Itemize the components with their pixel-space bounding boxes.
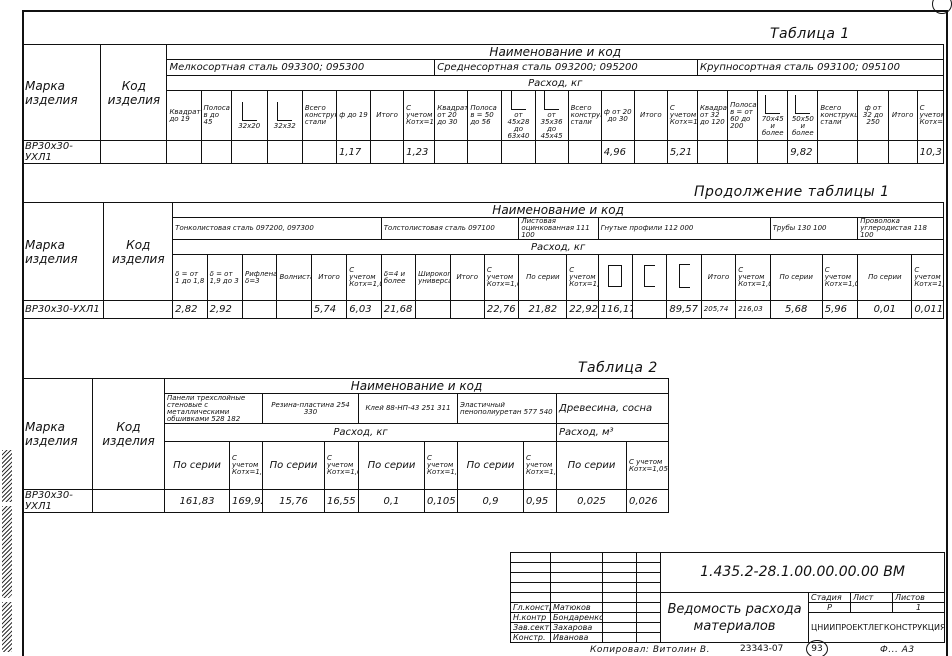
organization: ЦНИИПРОЕКТЛЕГКОНСТРУКЦИЯ — [809, 613, 945, 643]
column-header: С учетом Котх=1,05 — [325, 442, 359, 490]
cell — [231, 141, 267, 164]
table2-title: Таблица 2 — [578, 360, 658, 376]
cell: 89,57 — [667, 301, 701, 319]
consumption-header: Расход, кг — [167, 76, 944, 91]
cell — [243, 301, 277, 319]
cell: 0,025 — [557, 490, 627, 513]
stage-label: Стадия — [809, 593, 851, 603]
cell — [632, 301, 666, 319]
group-label: Тонколистовая сталь 097200, 097300 — [173, 218, 382, 240]
cell: 0,1 — [359, 490, 425, 513]
angle-profile-icon — [242, 102, 257, 121]
cell: 0,026 — [627, 490, 669, 513]
row-mark: ВР30х30-УХЛ1 — [23, 301, 104, 319]
document-title: Ведомость расходаматериалов — [661, 593, 809, 643]
footer-number: 23343-07 — [740, 644, 783, 654]
row-code — [101, 141, 167, 164]
cell — [302, 141, 336, 164]
cell — [728, 141, 758, 164]
cell — [697, 141, 727, 164]
cell: 2,92 — [207, 301, 242, 319]
stage-value: Р — [809, 603, 851, 613]
column-header: Волнистая — [277, 255, 311, 301]
column-header: По серии — [359, 442, 425, 490]
margin-cell-signature — [2, 506, 12, 598]
column-header: 32х20 — [231, 91, 267, 141]
cell: 15,76 — [263, 490, 325, 513]
column-header: По серии — [770, 255, 822, 301]
margin-cell-inv — [2, 450, 12, 502]
cell — [858, 141, 888, 164]
column-header: С учетом Котх=1,05 — [667, 91, 697, 141]
left-margin-stamp — [0, 450, 22, 656]
column-header: Квадрат от 20 до 30 — [435, 91, 468, 141]
column-header: ф от 20 до 30 — [601, 91, 634, 141]
role: Зав.сект — [511, 623, 551, 633]
column-header: Квадрат до 19 — [167, 91, 201, 141]
cell: 4,96 — [601, 141, 634, 164]
table1-cont-title: Продолжение таблицы 1 — [694, 184, 890, 200]
cell: 1,17 — [336, 141, 370, 164]
group-label: Среднесортная сталь 093200; 095200 — [435, 60, 698, 76]
cell: 0,01 — [858, 301, 912, 319]
column-header: С учетом Котх=1,05 — [627, 442, 669, 490]
column-header: Итого — [311, 255, 346, 301]
col-code-header: Код изделия — [104, 203, 173, 301]
name-and-code-header: Наименование и код — [167, 45, 944, 60]
table2: Марка изделия Код изделия Наименование и… — [22, 378, 669, 513]
cell — [568, 141, 601, 164]
cell — [758, 141, 788, 164]
row-code — [104, 301, 173, 319]
column-header: ф от 32 до 250 — [858, 91, 888, 141]
cell — [435, 141, 468, 164]
table-row: ВР30х30-УХЛ1 161,83 169,92 15,76 16,55 0… — [23, 490, 669, 513]
column-header: По серии — [557, 442, 627, 490]
column-header — [632, 255, 666, 301]
row-mark: ВР30х30-УХЛ1 — [23, 490, 93, 513]
column-header — [598, 255, 632, 301]
table-row: ВР30х30-УХЛ1 2,82 2,92 5,74 6,03 21,68 2… — [23, 301, 944, 319]
column-header: Полоса в до 45 — [201, 91, 231, 141]
column-header: Итого — [888, 91, 917, 141]
cell — [450, 301, 484, 319]
column-header: Широкополосная универсальная — [416, 255, 450, 301]
cell: 2,82 — [173, 301, 207, 319]
cell — [277, 301, 311, 319]
sheet-value — [851, 603, 893, 613]
cell: 5,74 — [311, 301, 346, 319]
row-mark: ВР30х30-УХЛ1 — [23, 141, 101, 164]
column-header: С учетом Котх=1,05 — [404, 91, 435, 141]
column-header: Итого — [450, 255, 484, 301]
angle-profile-icon — [511, 91, 526, 110]
cell: 205,74 — [701, 301, 735, 319]
cell — [468, 141, 502, 164]
cell: 0,105 — [425, 490, 458, 513]
cell: 5,68 — [770, 301, 822, 319]
cell: 16,55 — [325, 490, 359, 513]
column-header: Всего конструкционной стали — [568, 91, 601, 141]
role: Н.контр — [511, 613, 551, 623]
group-label: Крупносортная сталь 093100; 095100 — [697, 60, 943, 76]
group-label: Древесина, сосна — [557, 394, 669, 424]
footer-format: Ф... А3 — [880, 645, 915, 655]
consumption-header: Расход, кг — [173, 240, 944, 255]
group-label: Клей 88-НП-43 251 311 — [359, 394, 458, 424]
group-label: Листовая оцинкованная 111 100 — [519, 218, 598, 240]
column-header: 32х32 — [267, 91, 302, 141]
col-code-header: Код изделия — [101, 45, 167, 141]
signature — [603, 623, 637, 633]
cell — [371, 141, 404, 164]
person-name: Бондаренко — [551, 613, 603, 623]
column-header: С учетом Котх=1,05 — [917, 91, 943, 141]
column-header: По серии — [165, 442, 230, 490]
cell: 22,92 — [567, 301, 598, 319]
cell: 0,011 — [912, 301, 944, 319]
group-label: Панели трехслойные стеновые с металличес… — [165, 394, 263, 424]
column-header: от 45х28 до 63х40 — [502, 91, 535, 141]
column-header: Полоса в = от 60 до 200 — [728, 91, 758, 141]
column-header: С учетом Котх=1,05 — [822, 255, 857, 301]
column-header: δ=4 и более — [381, 255, 415, 301]
cell: 169,92 — [230, 490, 263, 513]
signature — [603, 603, 637, 613]
column-header: δ = от 1 до 1,8 — [173, 255, 207, 301]
cell: 6,03 — [347, 301, 381, 319]
consumption-kg-header: Расход, кг — [165, 424, 557, 442]
cell: 22,76 — [484, 301, 518, 319]
column-header: По серии — [519, 255, 567, 301]
column-header: Рифленая δ=3 — [243, 255, 277, 301]
cell — [201, 141, 231, 164]
column-header: С учетом Котх=1,05 — [230, 442, 263, 490]
column-header: Полоса в = 50 до 56 — [468, 91, 502, 141]
group-label: Проволока углеродистая 118 100 — [858, 218, 944, 240]
col-mark-header: Марка изделия — [23, 203, 104, 301]
cell: 9,82 — [788, 141, 818, 164]
column-header: Итого — [634, 91, 667, 141]
cell: 21,82 — [519, 301, 567, 319]
footer-circle-number: 93 — [806, 640, 828, 656]
table1: Марка изделия Код изделия Наименование и… — [22, 44, 944, 164]
table1-title: Таблица 1 — [770, 26, 850, 42]
person-name: Матюков — [551, 603, 603, 613]
role: Гл.констр — [511, 603, 551, 613]
cell — [167, 141, 201, 164]
group-label: Трубы 130 100 — [770, 218, 858, 240]
group-label: Эластичный пенополиуретан 577 540 — [458, 394, 557, 424]
column-header: 50х50 и более — [788, 91, 818, 141]
column-header: С учетом Котх=1,05 — [347, 255, 381, 301]
column-header: С учетом Котх=1,05 — [425, 442, 458, 490]
column-header: По серии — [858, 255, 912, 301]
cell: 5,21 — [667, 141, 697, 164]
table1-continuation: Марка изделия Код изделия Наименование и… — [22, 202, 944, 319]
column-header: от 35х36 до 45х45 — [535, 91, 568, 141]
consumption-m3-header: Расход, м³ — [557, 424, 669, 442]
column-header: 70х45 и более — [758, 91, 788, 141]
cell: 0,9 — [458, 490, 524, 513]
column-header: Итого — [701, 255, 735, 301]
column-header — [667, 255, 701, 301]
column-header: Всего конструкционной стали — [302, 91, 336, 141]
group-label: Толстолистовая сталь 097100 — [381, 218, 519, 240]
cell: 1,23 — [404, 141, 435, 164]
column-header: С учетом Котх=1,05 — [736, 255, 770, 301]
cell: 161,83 — [165, 490, 230, 513]
signature — [603, 633, 637, 643]
column-header: С учетом Котх=1,05 — [524, 442, 557, 490]
cell: 10,3 — [917, 141, 943, 164]
column-header: Итого — [371, 91, 404, 141]
document-code: 1.435.2-28.1.00.00.00.00 ВМ — [661, 553, 945, 593]
sheets-label: Листов — [893, 593, 945, 603]
col-mark-header: Марка изделия — [23, 45, 101, 141]
col-mark-header: Марка изделия — [23, 379, 93, 490]
column-header: ф до 19 — [336, 91, 370, 141]
title-block: 1.435.2-28.1.00.00.00.00 ВМ Ведомость ра… — [510, 552, 945, 643]
table-row: ВР30х30-УХЛ1 1,17 1,23 4,96 5,21 9,82 10… — [23, 141, 944, 164]
column-header: С учетом Котх=1,05 — [567, 255, 598, 301]
sheets-value: 1 — [893, 603, 945, 613]
person-name: Захарова — [551, 623, 603, 633]
name-and-code-header: Наименование и код — [165, 379, 669, 394]
cell: 0,95 — [524, 490, 557, 513]
angle-profile-icon — [765, 95, 780, 114]
name-and-code-header: Наименование и код — [173, 203, 944, 218]
c-channel-profile-icon — [644, 265, 655, 287]
column-header: По серии — [458, 442, 524, 490]
cell: 116,17 — [598, 301, 632, 319]
role: Констр. — [511, 633, 551, 643]
cell — [502, 141, 535, 164]
signature — [603, 613, 637, 623]
cell — [818, 141, 858, 164]
column-header: Всего конструкционной стали — [818, 91, 858, 141]
angle-profile-icon — [544, 91, 559, 110]
column-header: С учетом Котх=1,05 — [484, 255, 518, 301]
group-label: Мелкосортная сталь 093300; 095300 — [167, 60, 435, 76]
footer-copied-by: Копировал: Витолин В. — [590, 645, 710, 655]
column-header: С учетом Котх=1,05 — [912, 255, 944, 301]
square-tube-profile-icon — [608, 265, 622, 287]
cell: 5,96 — [822, 301, 857, 319]
cell — [267, 141, 302, 164]
column-header: Квадрат от 32 до 120 — [697, 91, 727, 141]
cell — [416, 301, 450, 319]
column-header: δ = от 1,9 до 3 — [207, 255, 242, 301]
col-code-header: Код изделия — [93, 379, 165, 490]
sheet-label: Лист — [851, 593, 893, 603]
cell: 216,03 — [736, 301, 770, 319]
person-name: Иванова — [551, 633, 603, 643]
cell: 21,68 — [381, 301, 415, 319]
column-header: По серии — [263, 442, 325, 490]
corner-stamp-circle — [932, 0, 952, 14]
group-label: Гнутые профили 112 000 — [598, 218, 770, 240]
angle-profile-icon — [795, 95, 810, 114]
angle-profile-icon — [277, 102, 292, 121]
u-channel-profile-icon — [679, 264, 690, 288]
group-label: Резина-пластина 254 330 — [263, 394, 359, 424]
margin-cell-replace — [2, 602, 12, 652]
cell — [634, 141, 667, 164]
cell — [888, 141, 917, 164]
cell — [535, 141, 568, 164]
row-code — [93, 490, 165, 513]
